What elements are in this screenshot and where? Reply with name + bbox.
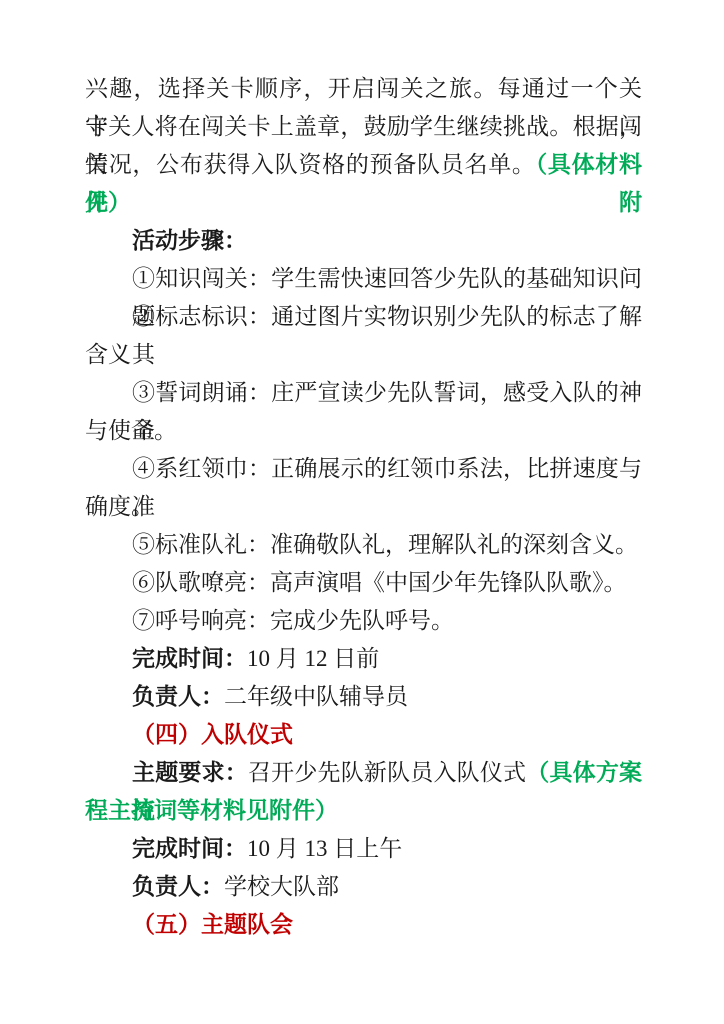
theme-requirement-value: 召开少先队新队员入队仪式 [248, 760, 526, 785]
paragraph-line: 与使命。 [85, 412, 642, 450]
label-theme-requirement: 主题要求： [132, 760, 248, 785]
paragraph-line: 负责人：二年级中队辅导员 [85, 678, 642, 716]
completion-time-value: 10 月 13 日上午 [247, 836, 402, 861]
paragraph-line: 完成时间：10 月 13 日上午 [85, 830, 642, 868]
paragraph-line: 兴趣，选择关卡顺序，开启闯关之旅。每通过一个关卡， [85, 70, 642, 108]
attachment-note-text: 件） [85, 190, 131, 215]
paragraph-line: 完成时间：10 月 12 日前 [85, 640, 642, 678]
step-2-continued-text: 含义 [85, 342, 131, 367]
label-person-in-charge: 负责人： [132, 874, 224, 899]
body-text: 情况，公布获得入队资格的预备队员名单。 [85, 152, 536, 177]
step-4-continued-text: 确度。 [85, 494, 154, 519]
paragraph-line: 守关人将在闯关卡上盖章，鼓励学生继续挑战。根据闯关 [85, 108, 642, 146]
paragraph-line: ④系红领巾：正确展示的红领巾系法，比拼速度与准 [85, 450, 642, 488]
paragraph-line: 活动步骤： [85, 222, 642, 260]
paragraph-line: ⑤标准队礼：准确敬队礼，理解队礼的深刻含义。 [85, 526, 642, 564]
label-person-in-charge: 负责人： [132, 684, 224, 709]
document-page: 兴趣，选择关卡顺序，开启闯关之旅。每通过一个关卡， 守关人将在闯关卡上盖章，鼓励… [0, 0, 724, 1024]
step-7-text: ⑦呼号响亮：完成少先队呼号。 [132, 608, 454, 633]
paragraph-line: ⑦呼号响亮：完成少先队呼号。 [85, 602, 642, 640]
paragraph-line: ①知识闯关：学生需快速回答少先队的基础知识问题 [85, 260, 642, 298]
step-5-text: ⑤标准队礼：准确敬队礼，理解队礼的深刻含义。 [132, 532, 638, 557]
paragraph-line: 负责人：学校大队部 [85, 868, 642, 906]
label-activity-steps: 活动步骤： [132, 228, 247, 253]
paragraph-line: 确度。 [85, 488, 642, 526]
completion-time-value: 10 月 12 日前 [247, 646, 379, 671]
paragraph-line: 含义 [85, 336, 642, 374]
paragraph-line: 程主持词等材料见附件） [85, 792, 642, 830]
paragraph-line: ②标志标识：通过图片实物识别少先队的标志了解其 [85, 298, 642, 336]
paragraph-line: ③誓词朗诵：庄严宣读少先队誓词，感受入队的神圣 [85, 374, 642, 412]
person-in-charge-value: 学校大队部 [224, 874, 339, 899]
person-in-charge-value: 二年级中队辅导员 [224, 684, 408, 709]
paragraph-line: （五）主题队会 [85, 906, 642, 944]
label-completion-time: 完成时间： [132, 646, 247, 671]
paragraph-line: （四）入队仪式 [85, 716, 642, 754]
section-heading-4: （四）入队仪式 [132, 722, 293, 747]
paragraph-line: 主题要求：召开少先队新队员入队仪式（具体方案流 [85, 754, 642, 792]
document-body: 兴趣，选择关卡顺序，开启闯关之旅。每通过一个关卡， 守关人将在闯关卡上盖章，鼓励… [85, 70, 642, 944]
paragraph-line: 情况，公布获得入队资格的预备队员名单。（具体材料见附 [85, 146, 642, 184]
label-completion-time: 完成时间： [132, 836, 247, 861]
step-6-text: ⑥队歌嘹亮：高声演唱《中国少年先锋队队歌》。 [132, 570, 627, 595]
attachment-note-text: 程主持词等材料见附件） [85, 798, 338, 823]
section-heading-5: （五）主题队会 [132, 912, 293, 937]
paragraph-line: ⑥队歌嘹亮：高声演唱《中国少年先锋队队歌》。 [85, 564, 642, 602]
step-3-continued-text: 与使命。 [85, 418, 177, 443]
